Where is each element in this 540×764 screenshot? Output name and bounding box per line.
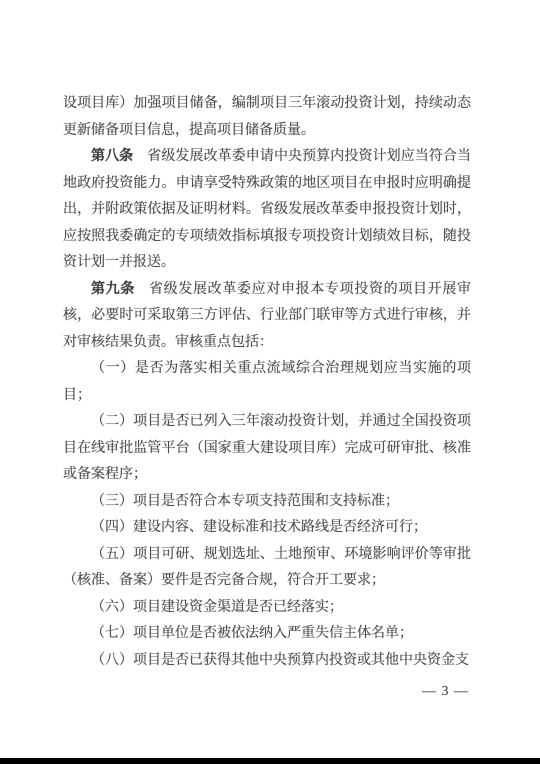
- paragraph-text: 设项目库）加强项目储备，编制项目三年滚动投资计划，持续动态更新储备项目信息，提高…: [63, 96, 471, 138]
- list-item-8: （八）项目是否已获得其他中央预算内投资或其他中央资金支: [63, 648, 471, 675]
- paragraph: 设项目库）加强项目储备，编制项目三年滚动投资计划，持续动态更新储备项目信息，提高…: [63, 91, 471, 144]
- paragraph-text: 省级发展改革委申请中央预算内投资计划应当符合当地政府投资能力。申请享受特殊政策的…: [63, 149, 471, 270]
- paragraph-text: （八）项目是否已获得其他中央预算内投资或其他中央资金支: [91, 653, 469, 668]
- paragraph-text: （五）项目可研、规划选址、土地预审、环境影响评价等审批（核准、备案）要件是否完备…: [63, 547, 471, 589]
- scan-edge-artifact: [0, 758, 540, 764]
- list-item-4: （四）建设内容、建设标准和技术路线是否经济可行；: [63, 515, 471, 542]
- list-item-2: （二）项目是否已列入三年滚动投资计划，并通过全国投资项目在线审批监管平台（国家重…: [63, 409, 471, 489]
- list-item-5: （五）项目可研、规划选址、土地预审、环境影响评价等审批（核准、备案）要件是否完备…: [63, 542, 471, 595]
- paragraph-text: （三）项目是否符合本专项支持范围和支持标准；: [91, 494, 399, 509]
- list-item-6: （六）项目建设资金渠道是否已经落实；: [63, 595, 471, 622]
- paragraph-text: （二）项目是否已列入三年滚动投资计划，并通过全国投资项目在线审批监管平台（国家重…: [63, 414, 471, 482]
- list-item-7: （七）项目单位是否被依法纳入严重失信主体名单；: [63, 621, 471, 648]
- paragraph-text: （七）项目单位是否被依法纳入严重失信主体名单；: [91, 626, 413, 641]
- document-page: 设项目库）加强项目储备，编制项目三年滚动投资计划，持续动态更新储备项目信息，提高…: [0, 0, 540, 764]
- document-body: 设项目库）加强项目储备，编制项目三年滚动投资计划，持续动态更新储备项目信息，提高…: [63, 91, 471, 706]
- paragraph-text: （六）项目建设资金渠道是否已经落实；: [91, 600, 343, 615]
- list-item-3: （三）项目是否符合本专项支持范围和支持标准；: [63, 489, 471, 516]
- page-number: — 3 —: [63, 679, 471, 706]
- article-number-label: 第八条: [91, 149, 133, 164]
- paragraph-text: （一）是否为落实相关重点流域综合治理规划应当实施的项目；: [63, 361, 471, 403]
- list-item-1: （一）是否为落实相关重点流域综合治理规划应当实施的项目；: [63, 356, 471, 409]
- paragraph-article-9: 第九条省级发展改革委应对申报本专项投资的项目开展审核，必要时可采取第三方评估、行…: [63, 277, 471, 357]
- paragraph-text: （四）建设内容、建设标准和技术路线是否经济可行；: [91, 520, 427, 535]
- paragraph-article-8: 第八条省级发展改革委申请中央预算内投资计划应当符合当地政府投资能力。申请享受特殊…: [63, 144, 471, 277]
- article-number-label: 第九条: [91, 282, 135, 297]
